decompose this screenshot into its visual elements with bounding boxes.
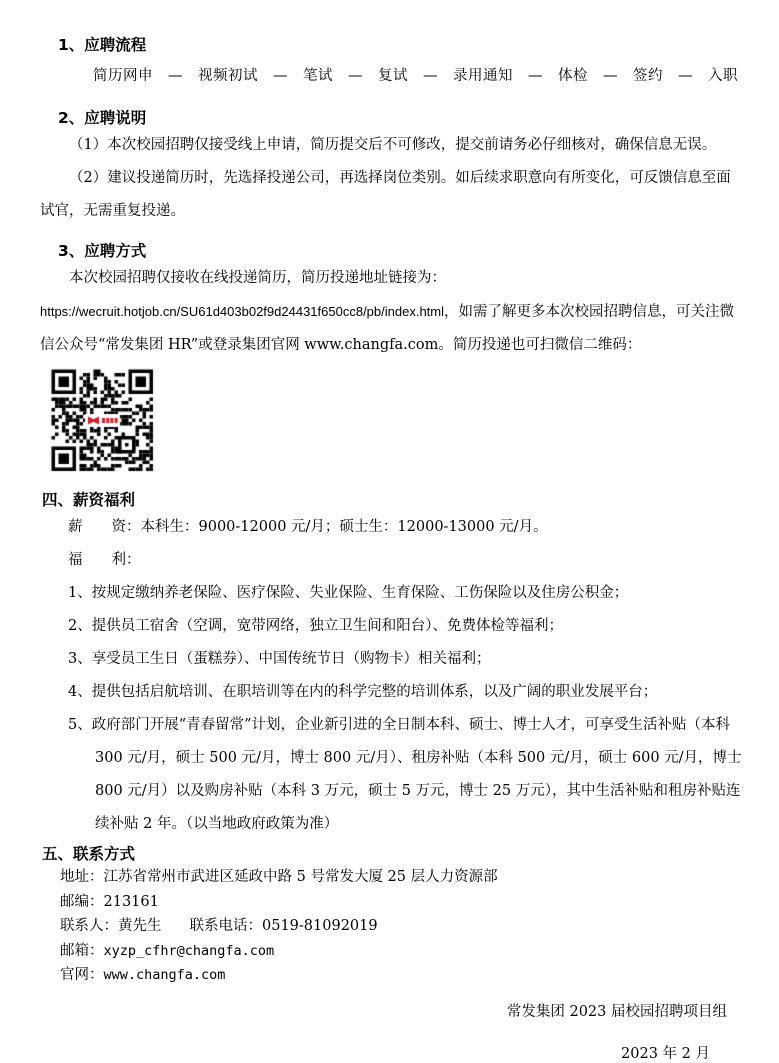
contact-label: 官网： — [60, 967, 104, 983]
method-url-paragraph: https://wecruit.hotjob.cn/SU61d403b02f9d… — [40, 295, 743, 362]
section-process-heading: 1、应聘流程 — [58, 34, 743, 56]
contact-website-value[interactable]: www.changfa.com — [104, 967, 226, 983]
section-process: 1、应聘流程 简历网申 — 视频初试 — 笔试 — 复试 — 录用通知 — 体检… — [40, 34, 743, 93]
welfare-item: 5、政府部门开展“青春留常”计划，企业新引进的全日制本科、硕士、博士人才，可享受… — [40, 709, 743, 841]
contact-website: 官网：www.changfa.com — [60, 963, 743, 988]
welfare-item: 1、按规定缴纳养老保险、医疗保险、失业保险、生育保险、工伤保险以及住房公积金； — [40, 577, 743, 610]
method-intro: 本次校园招聘仅接收在线投递简历，简历投递地址链接为： — [40, 262, 743, 295]
contact-label: 邮编： — [60, 894, 104, 910]
section-method-heading: 3、应聘方式 — [58, 240, 743, 262]
section-method: 3、应聘方式 本次校园招聘仅接收在线投递简历，简历投递地址链接为： https:… — [40, 240, 743, 473]
welfare-item: 4、提供包括启航培训、在职培训等在内的科学完整的培训体系，以及广阔的职业发展平台… — [40, 676, 743, 709]
contact-zipcode: 邮编：213161 — [60, 890, 743, 915]
section-contact-heading: 五、联系方式 — [42, 843, 743, 865]
document-page: 1、应聘流程 简历网申 — 视频初试 — 笔试 — 复试 — 录用通知 — 体检… — [0, 0, 779, 1063]
section-salary-heading: 四、薪资福利 — [42, 489, 743, 511]
salary-line: 薪 资：本科生：9000-12000 元/月；硕士生：12000-13000 元… — [68, 511, 743, 544]
contact-label: 联系人： — [60, 918, 118, 934]
application-url-link[interactable]: https://wecruit.hotjob.cn/SU61d403b02f9d… — [40, 304, 444, 319]
contact-address: 地址：江苏省常州市武进区延政中路 5 号常发大厦 25 层人力资源部 — [60, 865, 743, 890]
welfare-item: 3、享受员工生日（蛋糕券）、中国传统节日（购物卡）相关福利； — [40, 643, 743, 676]
contact-email: 邮箱：xyzp_cfhr@changfa.com — [60, 939, 743, 964]
process-flow: 简历网申 — 视频初试 — 笔试 — 复试 — 录用通知 — 体检 — 签约 —… — [93, 60, 743, 93]
section-instructions: 2、应聘说明 （1）本次校园招聘仅接受线上申请，简历提交后不可修改，提交前请务必… — [40, 107, 743, 228]
contact-value: 黄先生 — [118, 918, 162, 934]
instruction-paragraph: （2）建议投递简历时，先选择投递公司，再选择岗位类别。如后续求职意向有所变化，可… — [40, 162, 743, 228]
document-footer: 常发集团 2023 届校园招聘项目组 2023 年 2 月 — [40, 996, 743, 1063]
contact-label: 地址： — [60, 869, 104, 885]
section-salary: 四、薪资福利 薪 资：本科生：9000-12000 元/月；硕士生：12000-… — [40, 489, 743, 841]
contact-value: 江苏省常州市武进区延政中路 5 号常发大厦 25 层人力资源部 — [104, 869, 498, 885]
instruction-paragraph: （1）本次校园招聘仅接受线上申请，简历提交后不可修改，提交前请务必仔细核对，确保… — [40, 129, 743, 162]
welfare-line: 福 利： — [68, 544, 743, 577]
section-contact: 五、联系方式 地址：江苏省常州市武进区延政中路 5 号常发大厦 25 层人力资源… — [40, 843, 743, 988]
footer-date: 2023 年 2 月 — [40, 1038, 710, 1063]
wechat-qrcode — [50, 368, 155, 473]
contact-value: 213161 — [104, 894, 159, 910]
section-instructions-heading: 2、应聘说明 — [58, 107, 743, 129]
welfare-item: 2、提供员工宿舍（空调，宽带网络，独立卫生间和阳台）、免费体检等福利； — [40, 610, 743, 643]
footer-signature: 常发集团 2023 届校园招聘项目组 — [40, 996, 727, 1029]
contact-email-value[interactable]: xyzp_cfhr@changfa.com — [104, 943, 275, 959]
contact-label: 联系电话： — [162, 918, 263, 934]
contact-phone-value: 0519-81092019 — [262, 918, 378, 934]
contact-label: 邮箱： — [60, 943, 104, 959]
contact-person-phone: 联系人：黄先生联系电话：0519-81092019 — [60, 914, 743, 939]
